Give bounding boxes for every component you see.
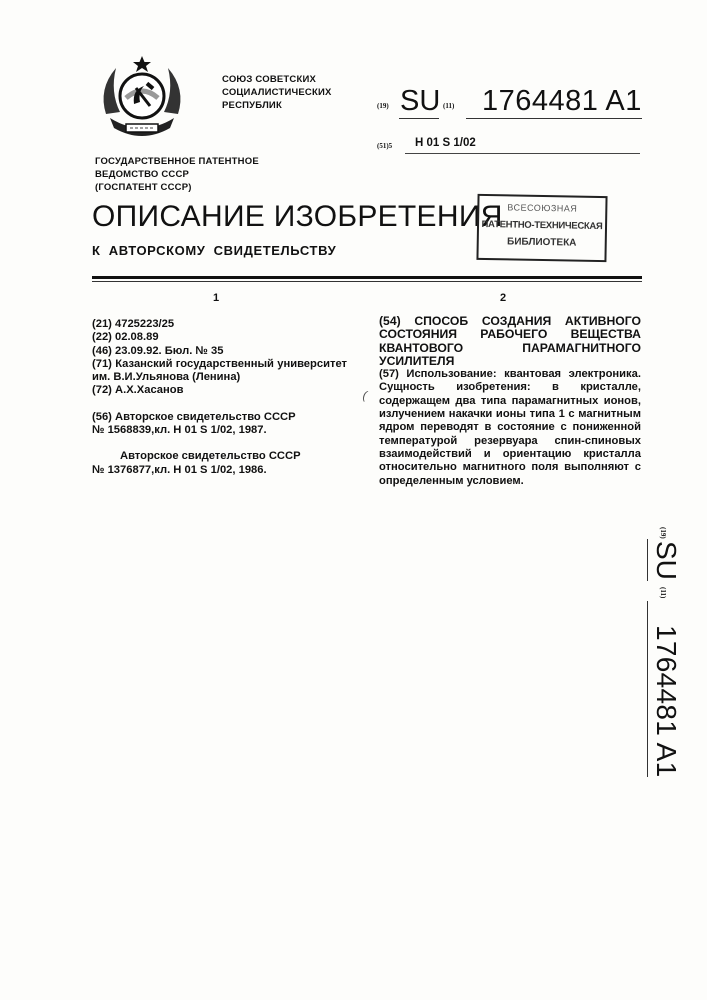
abstract-text: (57) Использование: квантовая электроник… [379, 368, 641, 488]
country-line: СОЦИАЛИСТИЧЕСКИХ [222, 86, 332, 99]
ipc-value: H 01 S 1/02 [415, 137, 476, 149]
field-56-ref2-line1: Авторское свидетельство СССР [92, 450, 347, 463]
inid-code-11: (11) [443, 102, 454, 110]
country-line: РЕСПУБЛИК [222, 99, 332, 112]
country-line: СОЮЗ СОВЕТСКИХ [222, 73, 332, 86]
patent-number: 1764481 A1 [482, 85, 642, 117]
underline [647, 601, 648, 777]
inid-code-51: (51)5 [377, 142, 392, 150]
field-72: (72) А.Х.Хасанов [92, 384, 347, 397]
country-code: SU [651, 541, 681, 580]
document-subtitle: К АВТОРСКОМУ СВИДЕТЕЛЬСТВУ [92, 243, 336, 258]
ipc-classification: (51)5 H 01 S 1/02 [377, 137, 640, 155]
ussr-emblem-icon [96, 54, 188, 140]
divider-thick [92, 276, 642, 279]
underline [405, 153, 640, 154]
document-title: ОПИСАНИЕ ИЗОБРЕТЕНИЯ [92, 200, 503, 234]
country-name: СОЮЗ СОВЕТСКИХ СОЦИАЛИСТИЧЕСКИХ РЕСПУБЛИ… [222, 73, 332, 112]
office-line: ВЕДОМСТВО СССР [95, 168, 259, 181]
office-line: ГОСУДАРСТВЕННОЕ ПАТЕНТНОЕ [95, 155, 259, 168]
underline [399, 118, 439, 119]
country-code: SU [400, 85, 440, 117]
library-stamp: ВСЕСОЮЗНАЯ ПАТЕНТНО-ТЕХНИЧЕСКАЯ БИБЛИОТЕ… [476, 194, 607, 262]
underline [647, 539, 648, 581]
invention-abstract: (54) СПОСОБ СОЗДАНИЯ АКТИВНОГО СОСТОЯНИЯ… [379, 315, 641, 488]
stamp-line: ВСЕСОЮЗНАЯ [479, 199, 605, 218]
inid-code-19: (19) [659, 527, 667, 539]
inid-code-19: (19) [377, 102, 389, 110]
divider-thin [92, 281, 642, 282]
column-number-1: 1 [213, 292, 219, 304]
bibliographic-data: (21) 4725223/25 (22) 02.08.89 (46) 23.09… [92, 318, 347, 477]
side-publication-label: (19) SU (11) 1764481 A1 [643, 527, 683, 777]
field-21: (21) 4725223/25 [92, 318, 347, 331]
inid-code-11: (11) [659, 587, 667, 598]
column-number-2: 2 [500, 292, 506, 304]
patent-office: ГОСУДАРСТВЕННОЕ ПАТЕНТНОЕ ВЕДОМСТВО СССР… [95, 155, 259, 194]
margin-mark: ( [361, 388, 370, 403]
field-56-ref1: (56) Авторское свидетельство СССР № 1568… [92, 411, 297, 438]
invention-title: (54) СПОСОБ СОЗДАНИЯ АКТИВНОГО СОСТОЯНИЯ… [379, 315, 641, 368]
stamp-line: ПАТЕНТНО-ТЕХНИЧЕСКАЯ [479, 216, 605, 235]
field-46: (46) 23.09.92. Бюл. № 35 [92, 345, 347, 358]
field-22: (22) 02.08.89 [92, 331, 347, 344]
underline [466, 118, 642, 119]
stamp-line: БИБЛИОТЕКА [479, 233, 605, 252]
patent-number: 1764481 A1 [651, 625, 681, 778]
publication-number-block: (19) SU (11) 1764481 A1 [377, 84, 642, 124]
field-56-ref2-line2: № 1376877,кл. Н 01 S 1/02, 1986. [92, 464, 347, 477]
office-line: (ГОСПАТЕНТ СССР) [95, 181, 259, 194]
field-71: (71) Казанский государственный университ… [92, 358, 347, 385]
